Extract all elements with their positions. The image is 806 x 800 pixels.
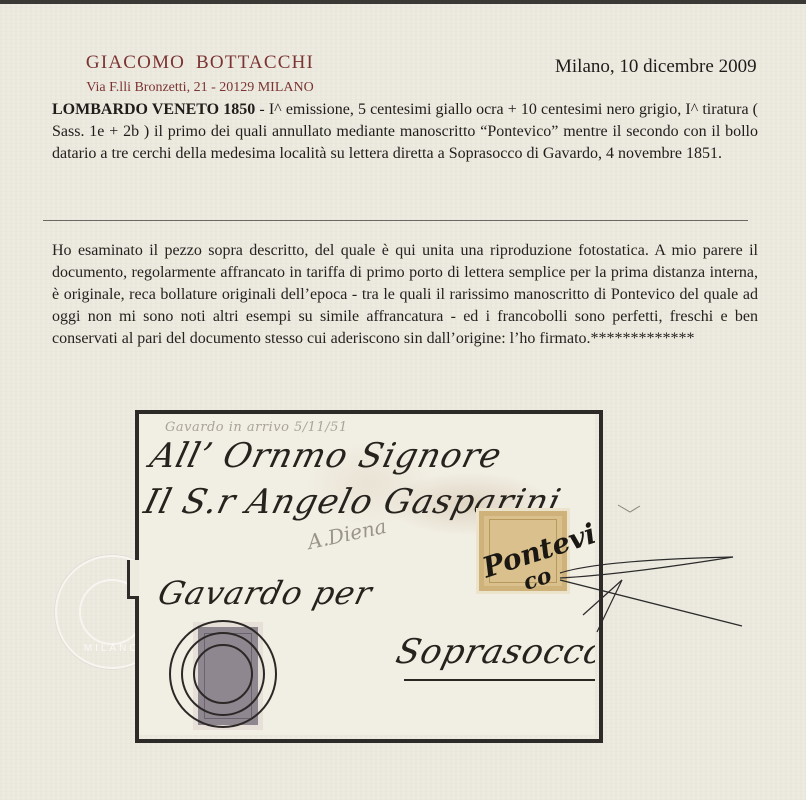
address-line-1: All’ Ornmo Signore [146, 436, 506, 476]
company-address: Via F.lli Bronzetti, 21 - 20129 MILANO [0, 80, 400, 96]
item-description: LOMBARDO VENETO 1850 - I^ emissione, 5 c… [52, 99, 758, 165]
address-underline [404, 679, 595, 681]
three-circle-postmark [169, 620, 277, 728]
certificate-date: Milano, 10 dicembre 2009 [555, 56, 757, 78]
certificate-statement: Ho esaminato il pezzo sopra descritto, d… [52, 240, 758, 350]
pencil-arrival-note: Gavardo in arrivo 5/11/51 [165, 420, 348, 435]
address-line-3: Gavardo per [154, 574, 376, 612]
statement-text: Ho esaminato il pezzo sopra descritto, d… [52, 240, 758, 350]
letter-photo: Gavardo in arrivo 5/11/51 All’ Ornmo Sig… [139, 414, 595, 735]
company-name: GIACOMO BOTTACCHI [0, 52, 400, 74]
item-title: LOMBARDO VENETO 1850 [52, 101, 255, 118]
address-line-4: Soprasocco. [392, 632, 595, 672]
separator-line [43, 220, 748, 221]
